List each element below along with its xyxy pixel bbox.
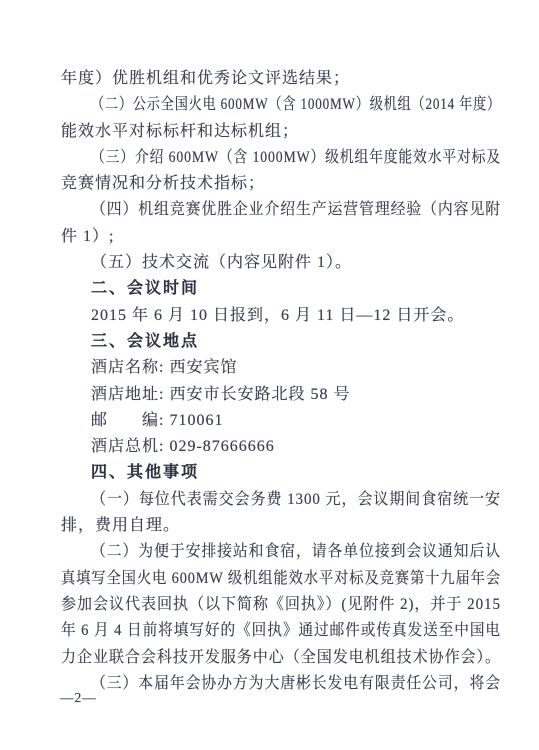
text-line-content: 酒店名称: 西安宾馆 (91, 355, 237, 381)
text-line: （二）为便于安排接站和食宿，请各单位接到会议通知后认 (61, 539, 501, 565)
text-line-content: 酒店总机: 029-87666666 (91, 434, 275, 460)
text-line-content: 能效水平对标标杆和达标机组； (61, 119, 299, 145)
text-line-content: 2015 年 6 月 10 日报到，6 月 11 日—12 日开会。 (91, 303, 464, 329)
text-line: （三）本届年会协办方为大唐彬长发电有限责任公司，将会 (61, 671, 501, 697)
text-line: 真填写全国火电 600MW 级机组能效水平对标及竞赛第十九届年会 (61, 566, 501, 592)
text-line-content: 三、会议地点 (91, 329, 199, 355)
text-line-content: （三）介绍 600MW（含 1000MW）级机组年度能效水平对标及 (91, 145, 501, 171)
text-line: 排，费用自理。 (61, 513, 501, 539)
text-line-content: 参加会议代表回执（以下简称《回执》）(见附件 2)，并于 2015 (61, 592, 501, 618)
text-line-content: 竞赛情况和分析技术指标； (61, 171, 265, 197)
text-line-content: （一）每位代表需交会务费 1300 元，会议期间食宿统一安 (91, 487, 501, 513)
page-number: —2— (60, 690, 97, 706)
text-line: 力企业联合会科技开发服务中心（全国发电机组技术协作会）。 (61, 645, 501, 671)
text-line-content: 二、会议时间 (91, 276, 199, 302)
text-line-content: （二）公示全国火电 600MW（含 1000MW）级机组（2014 年度） (91, 92, 501, 118)
text-line: 酒店地址: 西安市长安路北段 58 号 (61, 382, 501, 408)
text-line: （五）技术交流（内容见附件 1）。 (61, 250, 501, 276)
text-line: （四）机组竞赛优胜企业介绍生产运营管理经验（内容见附 (61, 197, 501, 223)
text-line-content: 力企业联合会科技开发服务中心（全国发电机组技术协作会）。 (61, 645, 501, 671)
text-line-content: （三）本届年会协办方为大唐彬长发电有限责任公司，将会 (91, 671, 501, 697)
text-line: 三、会议地点 (61, 329, 501, 355)
text-line-content: 件 1）; (61, 224, 114, 250)
text-line: 邮 编: 710061 (61, 408, 501, 434)
text-line: 2015 年 6 月 10 日报到，6 月 11 日—12 日开会。 (61, 303, 501, 329)
text-line-content: 真填写全国火电 600MW 级机组能效水平对标及竞赛第十九届年会 (61, 566, 501, 592)
text-line-content: 排，费用自理。 (61, 513, 180, 539)
text-line: 年度）优胜机组和优秀论文评选结果； (61, 66, 501, 92)
text-line: 酒店名称: 西安宾馆 (61, 355, 501, 381)
text-line-content: （四）机组竞赛优胜企业介绍生产运营管理经验（内容见附 (91, 197, 501, 223)
text-line: （二）公示全国火电 600MW（含 1000MW）级机组（2014 年度） (61, 92, 501, 118)
text-line: 能效水平对标标杆和达标机组； (61, 119, 501, 145)
text-line: （三）介绍 600MW（含 1000MW）级机组年度能效水平对标及 (61, 145, 501, 171)
text-line-content: 酒店地址: 西安市长安路北段 58 号 (91, 382, 350, 408)
text-line: 酒店总机: 029-87666666 (61, 434, 501, 460)
text-line: 件 1）; (61, 224, 501, 250)
text-line: 竞赛情况和分析技术指标； (61, 171, 501, 197)
text-line-content: 年 6 月 4 日前将填写好的《回执》通过邮件或传真发送至中国电 (61, 618, 501, 644)
text-line-content: 四、其他事项 (91, 460, 199, 486)
text-line: 参加会议代表回执（以下简称《回执》）(见附件 2)，并于 2015 (61, 592, 501, 618)
text-line: 年 6 月 4 日前将填写好的《回执》通过邮件或传真发送至中国电 (61, 618, 501, 644)
text-line-content: （五）技术交流（内容见附件 1）。 (91, 250, 352, 276)
text-line: 四、其他事项 (61, 460, 501, 486)
text-line-content: 年度）优胜机组和优秀论文评选结果； (61, 66, 350, 92)
document-body: 年度）优胜机组和优秀论文评选结果；（二）公示全国火电 600MW（含 1000M… (61, 66, 501, 697)
text-line-content: 邮 编: 710061 (91, 408, 223, 434)
text-line-content: （二）为便于安排接站和食宿，请各单位接到会议通知后认 (91, 539, 501, 565)
text-line: （一）每位代表需交会务费 1300 元，会议期间食宿统一安 (61, 487, 501, 513)
document-page: 年度）优胜机组和优秀论文评选结果；（二）公示全国火电 600MW（含 1000M… (0, 0, 539, 750)
text-line: 二、会议时间 (61, 276, 501, 302)
